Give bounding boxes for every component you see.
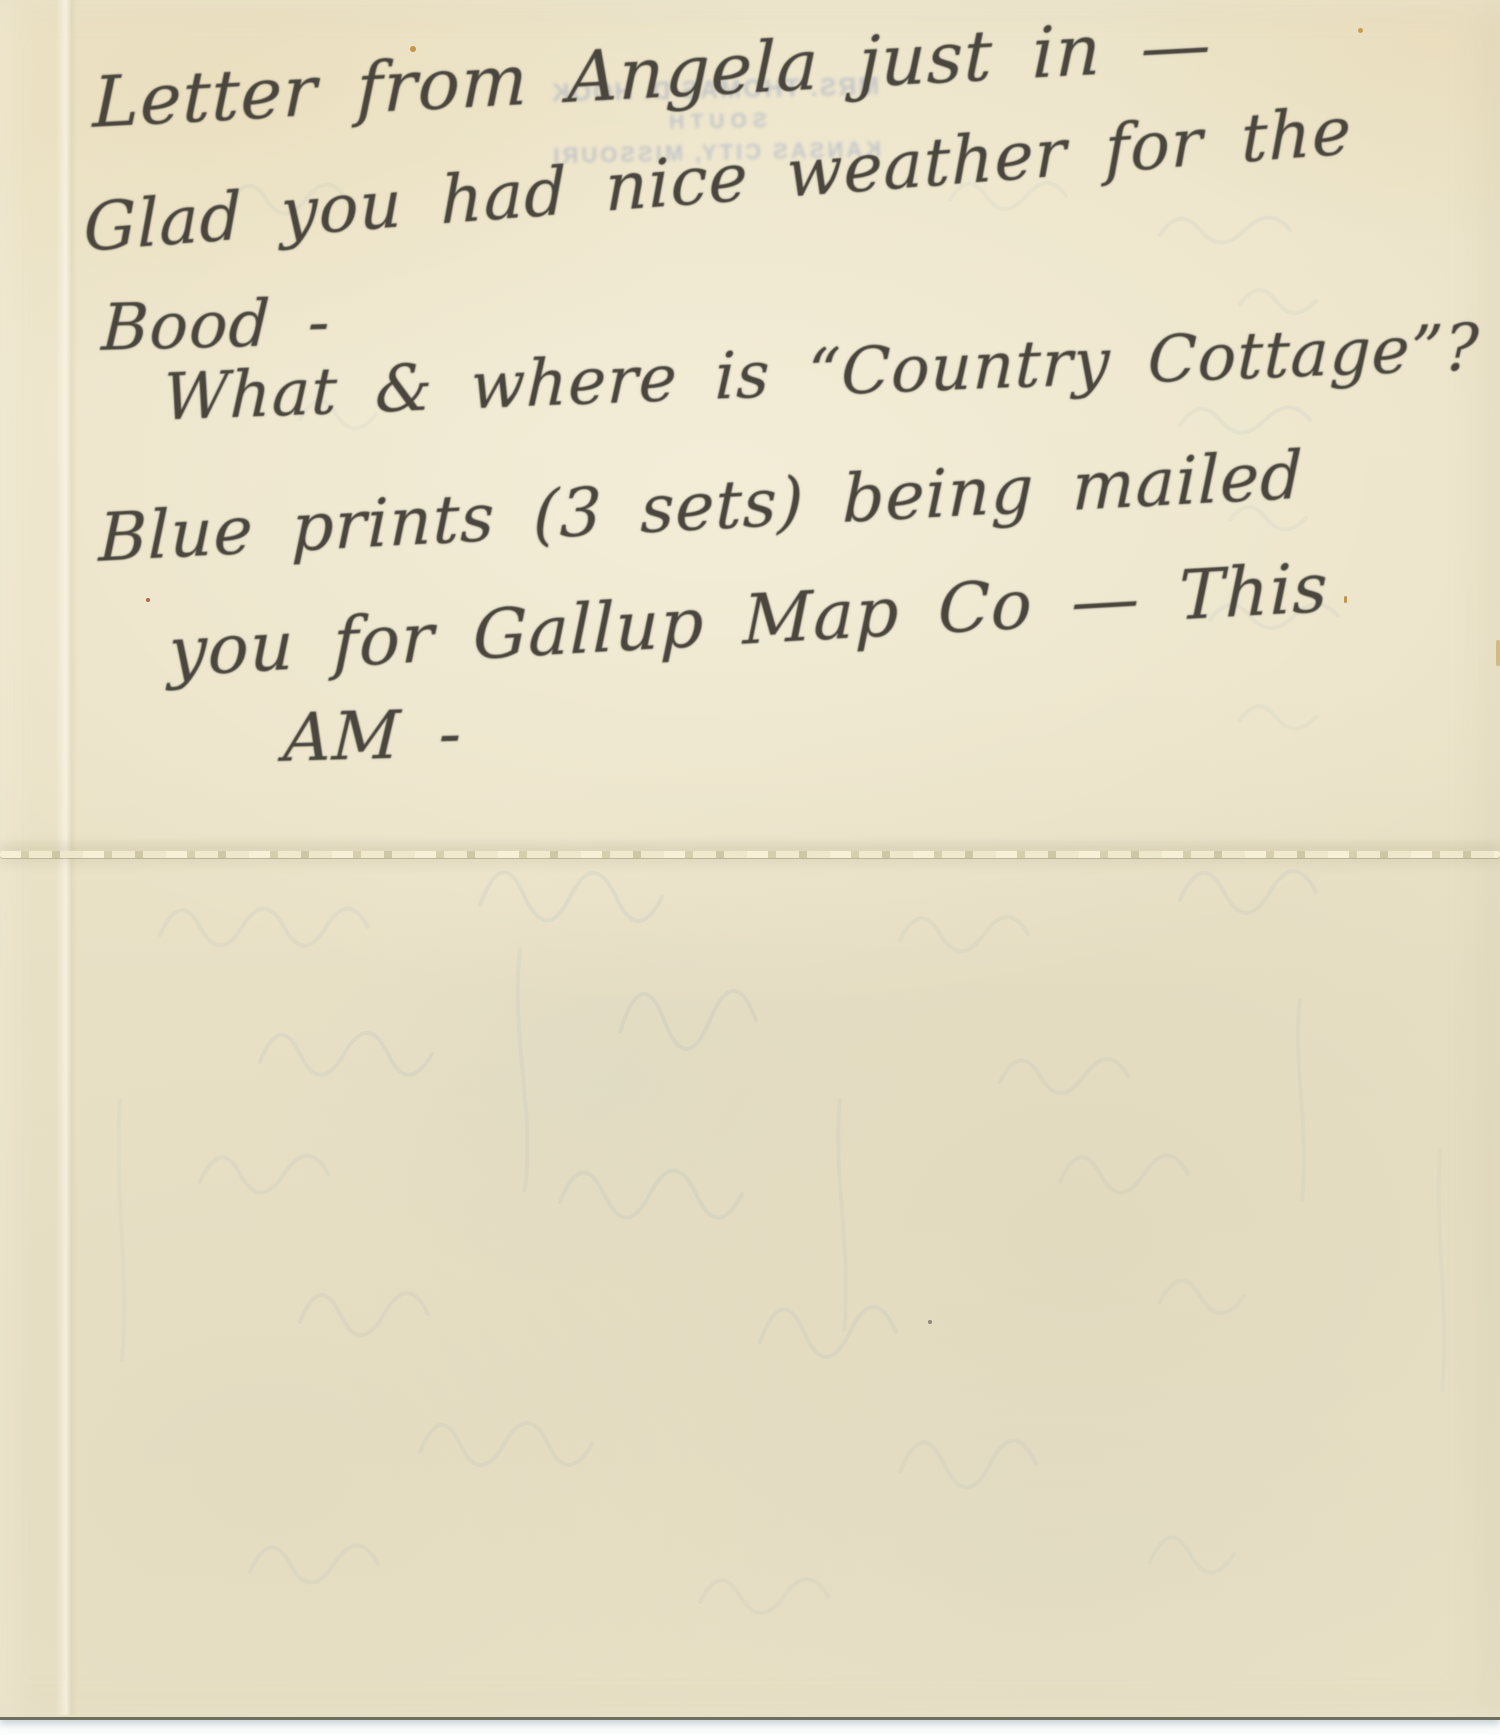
paper-speck — [410, 46, 416, 52]
paper-speck — [146, 598, 150, 602]
fold-crease — [0, 851, 1500, 858]
paper-speck — [1496, 640, 1500, 666]
handwriting-line-7: AM - — [282, 695, 464, 777]
paper-speck — [928, 1320, 932, 1324]
paper-speck — [1344, 596, 1347, 603]
letter-page: MRS. THOMAS D. HOOK SOUTH KANSAS CITY, M… — [0, 0, 1500, 1720]
paper-speck — [1358, 28, 1363, 33]
handwriting-line-3: Bood - — [100, 286, 332, 366]
bleedthrough-ghost-writing — [0, 0, 1500, 1717]
